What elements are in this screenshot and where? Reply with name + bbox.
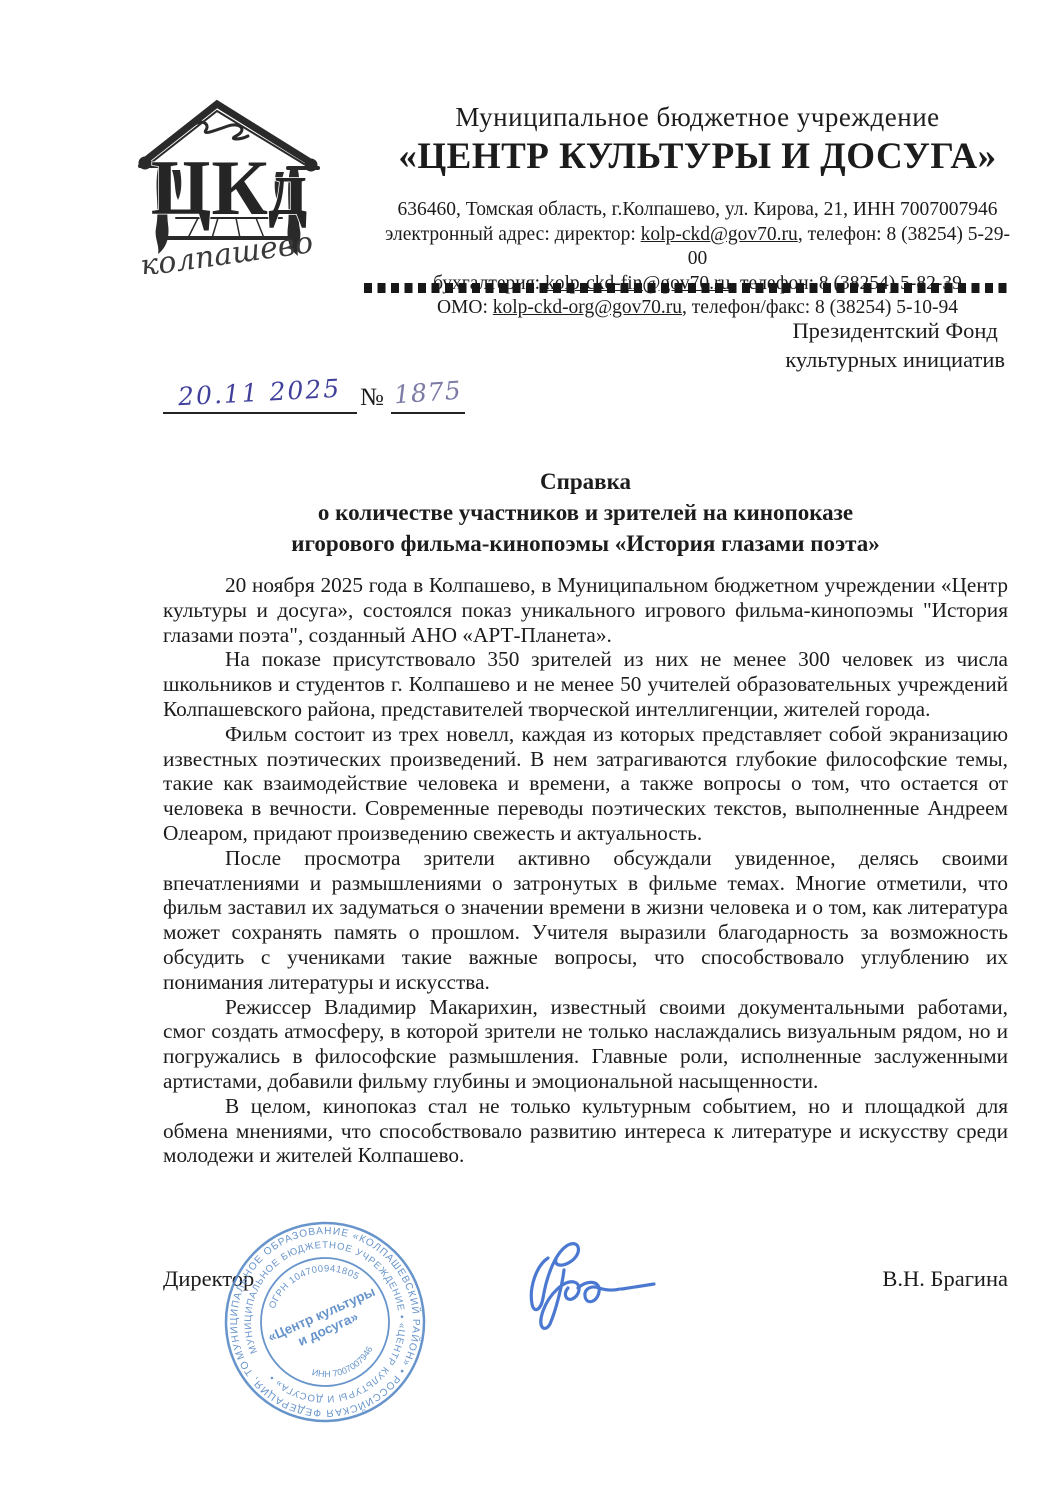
organization-logo: ЦКд колпашево	[136, 96, 322, 274]
paragraph: В целом, кинопоказ стал не только культу…	[163, 1094, 1008, 1168]
logo-letters: ЦКд	[151, 144, 308, 231]
org-type-line: Муниципальное бюджетное учреждение	[385, 102, 1010, 133]
number-sign: №	[360, 384, 384, 412]
recipient-block: Президентский Фонд культурных инициатив	[785, 316, 1005, 374]
email-director: kolp-ckd@gov70.ru	[641, 224, 798, 245]
signer-name: В.Н. Брагина	[882, 1266, 1008, 1292]
email-omo: kolp-ckd-org@gov70.ru	[493, 297, 682, 318]
title-line3: игорового фильма-кинопоэмы «История глаз…	[163, 528, 1008, 559]
paragraph: 20 ноября 2025 года в Колпашево, в Муниц…	[163, 573, 1008, 647]
title-line2: о количестве участников и зрителей на ки…	[163, 497, 1008, 528]
contact-prefix: ОМО:	[437, 297, 493, 318]
address-line: 636460, Томская область, г.Колпашево, ул…	[385, 198, 1010, 223]
handwritten-number: 1875	[393, 376, 462, 410]
title-line1: Справка	[163, 466, 1008, 497]
document-title: Справка о количестве участников и зрител…	[163, 466, 1008, 559]
contact-suffix: , телефон/факс: 8 (38254) 5-10-94	[682, 297, 958, 318]
contact-prefix: электронный адрес: директор:	[385, 224, 641, 245]
paragraph: Фильм состоит из трех новелл, каждая из …	[163, 722, 1008, 846]
paragraph: После просмотра зрители активно обсуждал…	[163, 846, 1008, 995]
contact-line-director: электронный адрес: директор: kolp-ckd@go…	[385, 223, 1010, 272]
paragraph: Режиссер Владимир Макарихин, известный с…	[163, 995, 1008, 1094]
date-field: 20.11 2025	[163, 378, 357, 414]
dotted-separator	[364, 283, 1010, 293]
org-name-line: «ЦЕНТР КУЛЬТУРЫ И ДОСУГА»	[385, 135, 1010, 178]
recipient-line2: культурных инициатив	[785, 345, 1005, 374]
official-round-stamp: МУНИЦИПАЛЬНОЕ ОБРАЗОВАНИЕ «КОЛПАШЕВСКИЙ …	[221, 1218, 429, 1426]
paragraph: На показе присутствовало 350 зрителей из…	[163, 647, 1008, 721]
handwritten-date: 20.11 2025	[178, 374, 342, 411]
director-signature	[508, 1236, 678, 1336]
address-block: 636460, Томская область, г.Колпашево, ул…	[385, 198, 1010, 321]
number-field: 1875	[391, 378, 465, 414]
recipient-line1: Президентский Фонд	[785, 316, 1005, 345]
scanned-document-page: ЦКд колпашево Муниципальное бюджетное уч…	[0, 0, 1061, 1500]
document-body: 20 ноября 2025 года в Колпашево, в Муниц…	[163, 573, 1008, 1168]
